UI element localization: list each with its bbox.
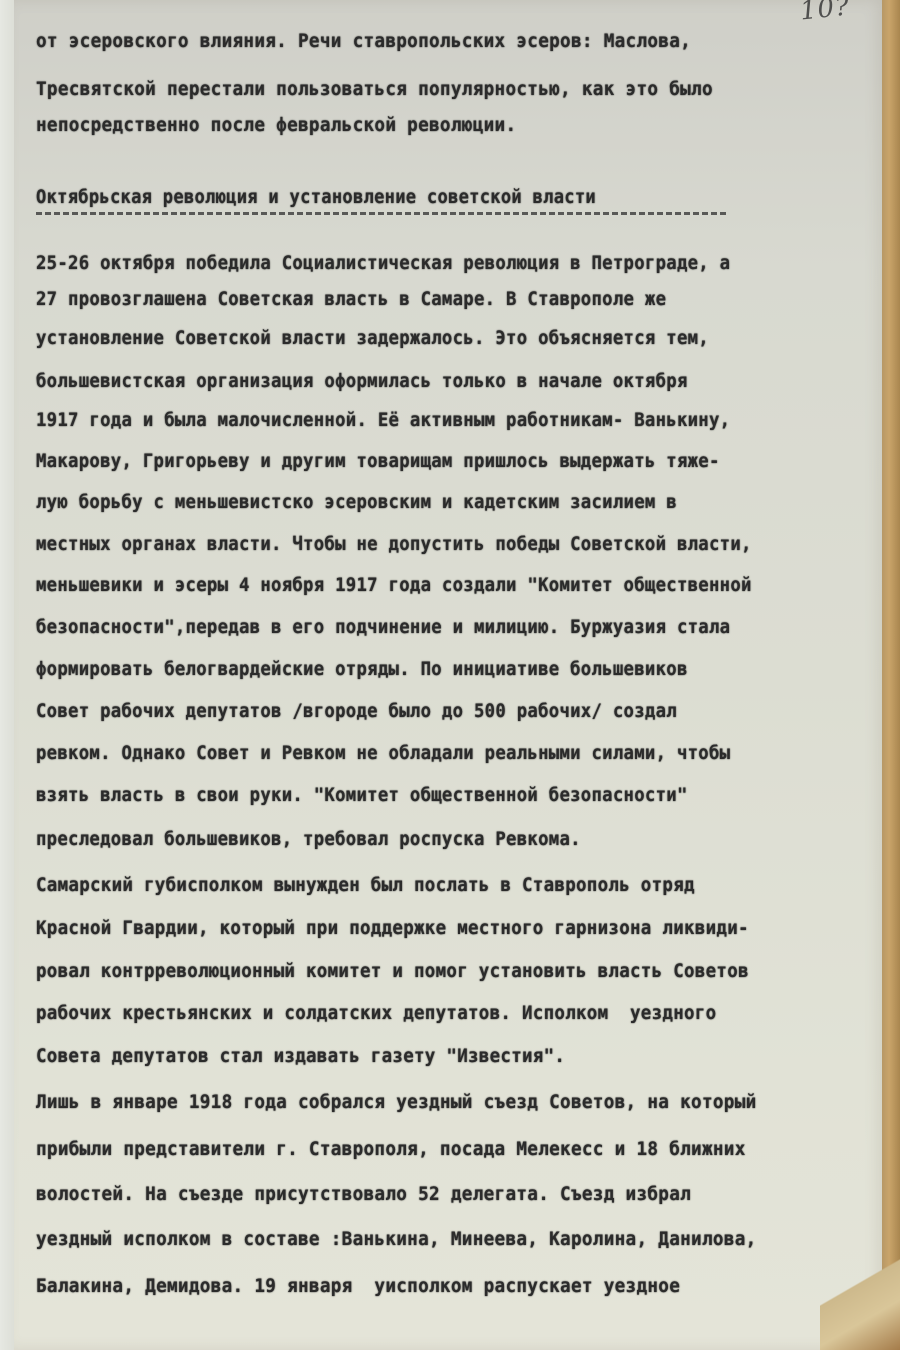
- text-line: ревком. Однако Совет и Ревком не обладал…: [36, 742, 730, 764]
- text-line: Макарову, Григорьеву и другим товарищам …: [36, 450, 720, 472]
- text-line: волостей. На съезде присутствовало 52 де…: [36, 1183, 691, 1205]
- text-line: Самарский губисполком вынужден был посла…: [36, 874, 695, 896]
- folder-edge: [882, 0, 900, 1350]
- text-line: местных органах власти. Чтобы не допусти…: [36, 533, 752, 555]
- page-corner: [820, 1230, 900, 1350]
- text-line: большевистская организация оформилась то…: [36, 370, 688, 392]
- text-line: меньшевики и эсеры 4 ноября 1917 года со…: [36, 574, 752, 596]
- text-line: Совета депутатов стал издавать газету "И…: [36, 1045, 565, 1067]
- text-line: лую борьбу с меньшевистско эсеровским и …: [36, 491, 677, 513]
- text-line: Балакина, Демидова. 19 января уисполком …: [36, 1275, 680, 1297]
- heading-underline: [36, 212, 726, 215]
- text-line: взять власть в свои руки. "Комитет общес…: [36, 784, 688, 806]
- text-line: 1917 года и была малочисленной. Её актив…: [36, 409, 730, 431]
- text-line: Красной Гвардии, который при поддержке м…: [36, 917, 749, 939]
- text-line: преследовал большевиков, требовал роспус…: [36, 828, 581, 850]
- text-line: Совет рабочих депутатов /вгороде было до…: [36, 700, 677, 722]
- text-line: непосредственно после февральской револю…: [36, 114, 516, 136]
- text-line: Лишь в январе 1918 года собрался уездный…: [36, 1091, 757, 1113]
- text-line: установление Советской власти задержалос…: [36, 327, 709, 349]
- text-line: формировать белогвардейские отряды. По и…: [36, 658, 688, 680]
- text-line: от эсеровского влияния. Речи ставропольс…: [36, 30, 691, 52]
- text-line: безопасности",передав в его подчинение и…: [36, 616, 730, 638]
- section-heading: Октябрьская революция и установление сов…: [36, 186, 596, 208]
- text-line: рабочих крестьянских и солдатских депута…: [36, 1002, 716, 1024]
- text-line: 25-26 октября победила Социалистическая …: [36, 252, 730, 274]
- text-line: ровал контрреволюционный комитет и помог…: [36, 960, 749, 982]
- text-line: Тресвятской перестали пользоваться попул…: [36, 78, 713, 100]
- text-line: прибыли представители г. Ставрополя, пос…: [36, 1138, 746, 1160]
- text-line: уездный исполком в составе :Ванькина, Ми…: [36, 1228, 757, 1250]
- text-line: 27 провозглашена Советская власть в Сама…: [36, 288, 666, 310]
